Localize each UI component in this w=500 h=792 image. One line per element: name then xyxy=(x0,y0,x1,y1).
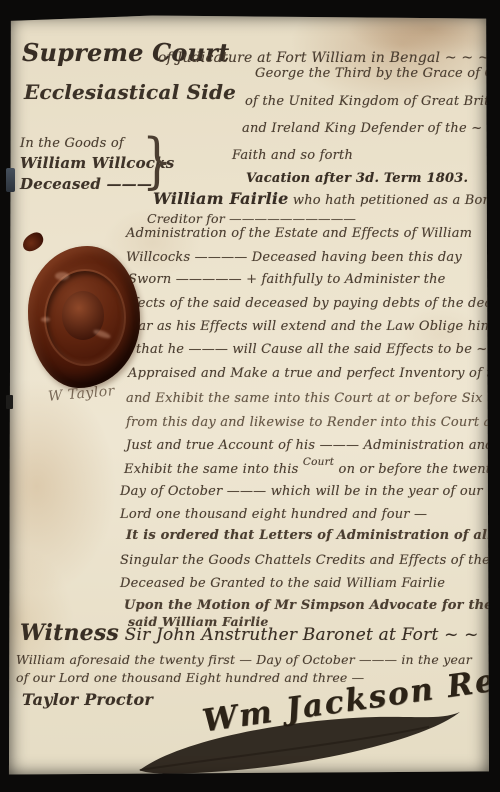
document-paper: Supreme Court of Judicature at Fort Will… xyxy=(8,14,489,776)
royal-style-line: George the Third by the Grace of God xyxy=(255,66,500,81)
petition-line: William Fairlie who hath petitioned as a… xyxy=(153,189,500,208)
body-line: Singular the Goods Chattels Credits and … xyxy=(120,553,500,568)
witness-rest: Sir John Anstruther Baronet at Fort ~ ~ xyxy=(119,625,479,645)
body-line: It is ordered that Letters of Administra… xyxy=(126,528,500,543)
goods-of-line: In the Goods of xyxy=(20,136,124,151)
proctor-line: Taylor Proctor xyxy=(22,690,153,709)
photo-backdrop: { "colors": { "backdrop": "#0b0a09", "pa… xyxy=(0,0,500,792)
fastener-mark xyxy=(6,168,15,192)
creditor-line: Creditor for —————————— xyxy=(147,211,356,226)
insert-post: on or before the twenty first xyxy=(334,462,500,477)
insert-pre: Exhibit the same into this xyxy=(124,462,303,477)
petitioner-name: William Fairlie xyxy=(153,189,289,208)
royal-style-line: of the United Kingdom of Great Britain xyxy=(245,94,500,109)
witness-word: Witness xyxy=(20,620,119,646)
body-line: Effects of the said deceased by paying d… xyxy=(118,296,500,311)
court-title-continuation: of Judicature at Fort William in Bengal … xyxy=(158,50,490,66)
vacation-term-line: Vacation after 3d. Term 1803. xyxy=(246,171,468,186)
body-line: and Exhibit the same into this Court at … xyxy=(126,391,500,406)
body-line: so far as his Effects will extend and th… xyxy=(114,319,500,334)
inserted-word: Court xyxy=(303,456,334,468)
wax-drip xyxy=(20,230,47,254)
body-line: that he ——— will Cause all the said Effe… xyxy=(136,342,500,357)
body-line: Deceased be Granted to the said William … xyxy=(120,576,445,591)
seal-glint xyxy=(55,272,69,280)
ecclesiastical-side-label: Ecclesiastical Side xyxy=(24,80,236,104)
body-line: Sworn ————— + faithfully to Administer t… xyxy=(128,272,446,287)
deceased-line: Deceased ——— xyxy=(20,175,152,193)
body-line: Willcocks ———— Deceased having been this… xyxy=(126,250,462,265)
witness-date-line: William aforesaid the twenty first — Day… xyxy=(16,652,472,667)
body-line: Appraised and Make a true and perfect In… xyxy=(128,366,500,381)
body-line: Day of October ——— which will be in the … xyxy=(120,484,498,499)
witness-year-line: of our Lord one thousand Eight hundred a… xyxy=(16,670,364,685)
edge-notch xyxy=(6,395,13,409)
case-brace: } xyxy=(142,126,173,196)
body-line-with-insertion: Exhibit the same into this Court on or b… xyxy=(124,462,500,477)
body-line: Upon the Motion of Mr Simpson Advocate f… xyxy=(124,598,493,613)
body-line: Lord one thousand eight hundred and four… xyxy=(120,507,427,522)
body-line: Just and true Account of his ——— Adminis… xyxy=(126,438,494,453)
body-line: from this day and likewise to Render int… xyxy=(126,415,500,430)
royal-style-line: and Ireland King Defender of the ~ ~ xyxy=(242,121,498,136)
petition-rest: who hath petitioned as a Bond xyxy=(289,193,500,208)
red-wax-seal-icon xyxy=(28,246,140,388)
body-line: Administration of the Estate and Effects… xyxy=(126,226,472,241)
witness-line: Witness Sir John Anstruther Baronet at F… xyxy=(20,620,479,646)
royal-style-line: Faith and so forth xyxy=(232,148,353,163)
